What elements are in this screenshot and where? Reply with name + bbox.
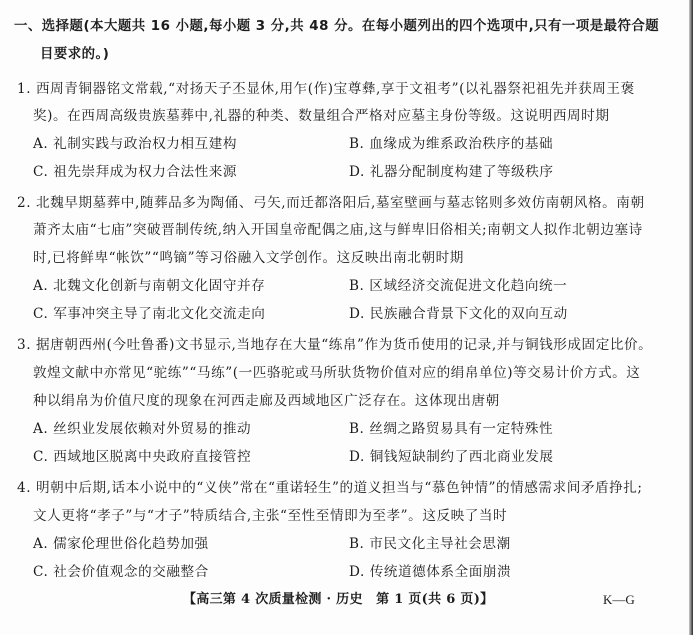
question-stem-line: 种以绢帛为价值尺度的现象在河西走廊及西域地区广泛存在。这体现出唐朝 (33, 391, 500, 411)
option-d[interactable]: D. 传统道德体系全面崩溃 (349, 562, 511, 582)
option-b[interactable]: B. 区域经济交流促进文化趋向统一 (349, 276, 567, 296)
option-b[interactable]: B. 市民文化主导社会思潮 (349, 534, 511, 554)
option-c[interactable]: C. 祖先崇拜成为权力合法性来源 (33, 162, 237, 182)
section-heading: 一、选择题(本大题共 16 小题,每小题 3 分,共 48 分。在每小题列出的四… (14, 17, 659, 37)
question-stem-line: 敦煌文献中亦常见“驼练”“马练”(一匹骆驼或马所驮货物价值对应的绢帛单位)等交易… (33, 363, 640, 383)
option-b[interactable]: B. 丝绸之路贸易具有一定特殊性 (349, 419, 553, 439)
question-stem-line: 1. 西周青铜器铭文常载,“对扬天子丕显休,用乍(作)宝尊彝,享于文祖考”(以礼… (17, 79, 635, 99)
option-b[interactable]: B. 血缘成为维系政治秩序的基础 (349, 134, 553, 154)
question-stem-line: 文人更将“孝子”与“才子”特质结合,主张“至性至情即为至孝”。这反映了当时 (33, 506, 507, 526)
option-a[interactable]: A. 礼制实践与政治权力相互建构 (33, 134, 237, 154)
page-footer: 【高三第 4 次质量检测 · 历史 第 1 页(共 6 页)】 (183, 591, 493, 609)
exam-page: 一、选择题(本大题共 16 小题,每小题 3 分,共 48 分。在每小题列出的四… (0, 0, 689, 635)
question-stem-line: 萧齐太庙“七庙”突破晋制传统,纳入开国皇帝配偶之庙,这与鲜卑旧俗相关;南朝文人拟… (33, 220, 643, 240)
option-c[interactable]: C. 西域地区脱离中央政府直接管控 (33, 447, 251, 467)
option-d[interactable]: D. 礼器分配制度构建了等级秩序 (349, 162, 554, 182)
option-d[interactable]: D. 民族融合背景下文化的双向互动 (349, 304, 568, 324)
question-stem-line: 奖)。在西周高级贵族墓葬中,礼器的种类、数量组合严格对应墓主身份等级。这说明西周… (33, 106, 609, 126)
question-stem-line: 4. 明朝中后期,话本小说中的“义侠”常在“重诺轻生”的道义担当与“慕色钟情”的… (17, 478, 643, 498)
page-edge-divider (689, 0, 693, 635)
option-d[interactable]: D. 铜钱短缺制约了西北商业发展 (349, 447, 554, 467)
option-a[interactable]: A. 丝织业发展依赖对外贸易的推动 (33, 419, 251, 439)
option-a[interactable]: A. 儒家伦理世俗化趋势加强 (33, 534, 209, 554)
option-c[interactable]: C. 军事冲突主导了南北文化交流走向 (33, 304, 265, 324)
question-stem-line: 时,已将鲜卑“帐饮”“鸣镝”等习俗融入文学创作。这反映出南北朝时期 (33, 248, 464, 268)
paper-code: K—G (603, 591, 635, 609)
question-stem-line: 3. 据唐朝西州(今吐鲁番)文书显示,当地存在大量“练帛”作为货币使用的记录,并… (17, 335, 652, 355)
option-a[interactable]: A. 北魏文化创新与南朝文化固守并存 (33, 276, 265, 296)
option-c[interactable]: C. 社会价值观念的交融整合 (33, 562, 209, 582)
question-stem-line: 2. 北魏早期墓葬中,随葬品多为陶俑、弓矢,而迁都洛阳后,墓室壁画与墓志铭则多效… (17, 193, 645, 213)
section-heading-continued: 目要求的。) (40, 45, 109, 65)
